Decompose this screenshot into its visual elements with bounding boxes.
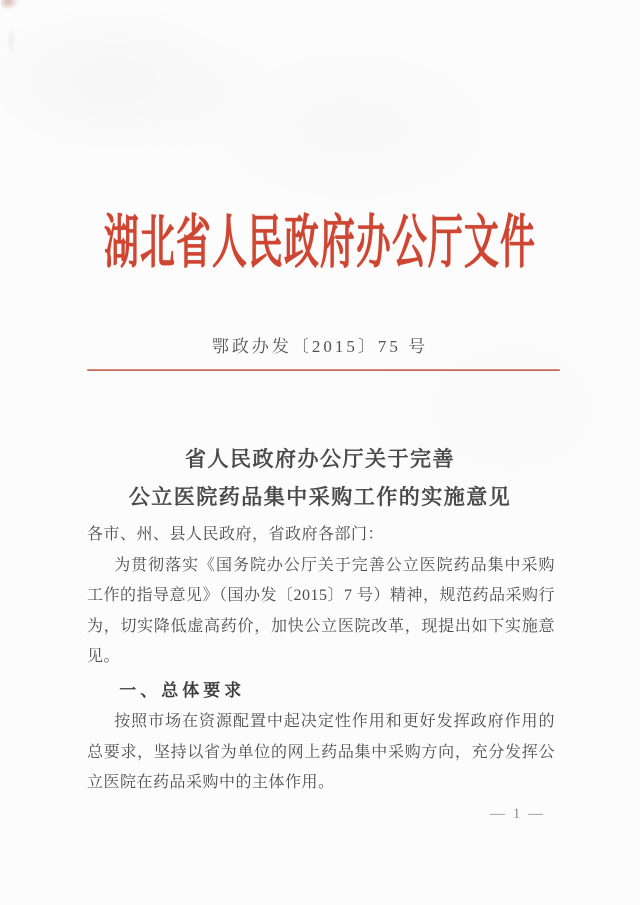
document-number: 鄂政办发〔2015〕75 号 xyxy=(0,336,640,358)
document-body: 各市、州、县人民政府，省政府各部门： 为贯彻落实《国务院办公厅关于完善公立医院药… xyxy=(87,520,555,799)
section-1-paragraph: 按照市场在资源配置中起决定性作用和更好发挥政府作用的总要求，坚持以省为单位的网上… xyxy=(87,707,555,799)
scan-stain-top-left xyxy=(1,0,19,10)
salutation-line: 各市、州、县人民政府，省政府各部门： xyxy=(87,520,555,551)
document-title: 省人民政府办公厅关于完善 公立医院药品集中采购工作的实施意见 xyxy=(0,440,640,516)
letterhead: 湖北省人民政府办公厅文件 xyxy=(0,211,640,275)
body-paragraph-1: 为贯彻落实《国务院办公厅关于完善公立医院药品集中采购工作的指导意见》（国办发〔2… xyxy=(87,551,555,673)
section-1-heading: 一、总体要求 xyxy=(87,676,555,707)
scanned-official-document-page: 湖北省人民政府办公厅文件 鄂政办发〔2015〕75 号 省人民政府办公厅关于完善… xyxy=(0,0,640,905)
red-divider-line xyxy=(87,369,560,371)
letterhead-title: 湖北省人民政府办公厅文件 xyxy=(104,211,536,275)
scan-stain-left-edge xyxy=(6,28,16,54)
document-title-line-2: 公立医院药品集中采购工作的实施意见 xyxy=(129,485,512,509)
page-number: — 1 — xyxy=(490,804,545,824)
document-title-line-1: 省人民政府办公厅关于完善 xyxy=(185,447,455,471)
